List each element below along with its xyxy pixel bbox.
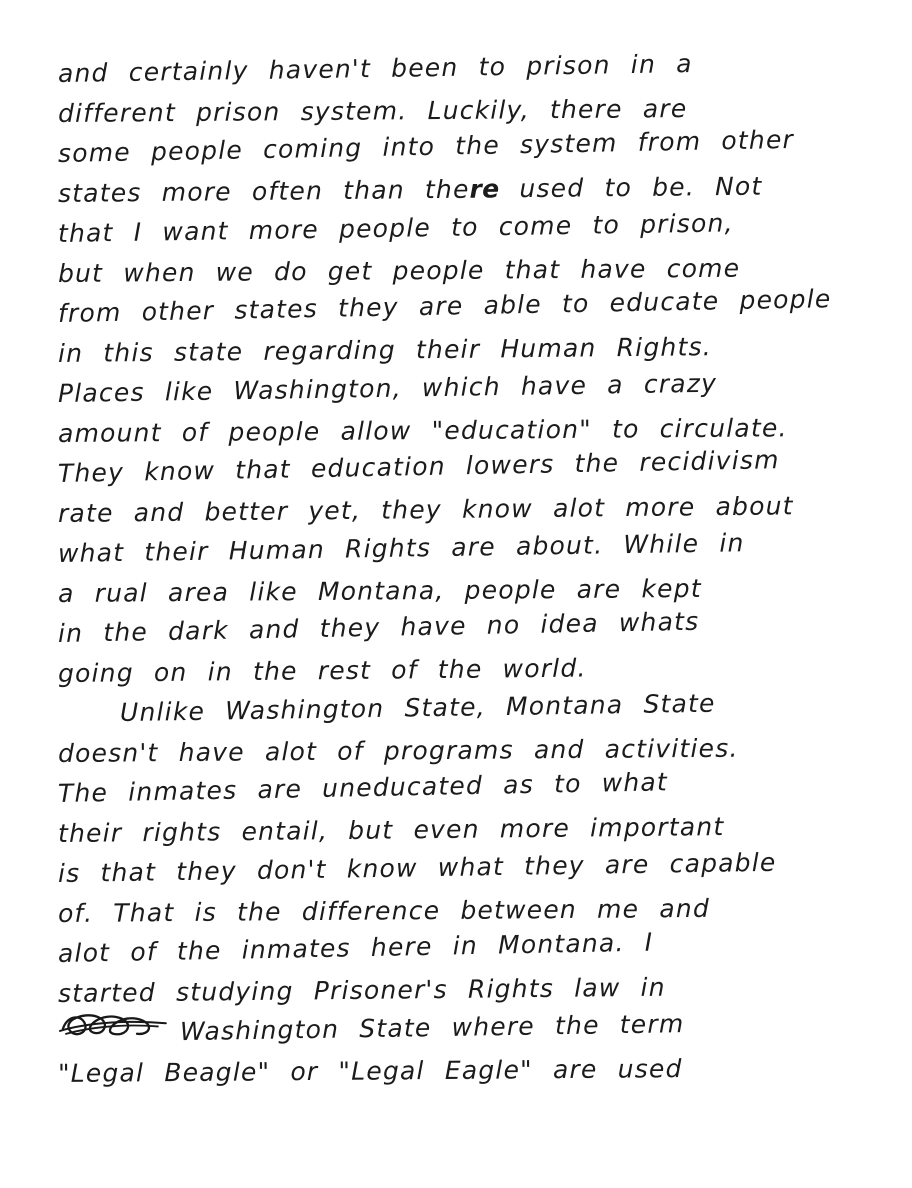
line-text: some people coming into the system from … xyxy=(58,125,795,168)
line-text: in the dark and they have no idea whats xyxy=(58,607,700,648)
line-text: and certainly haven't been to prison in … xyxy=(58,49,693,88)
line-text: rate and better yet, they know alot more… xyxy=(58,491,794,528)
line-text: states more often than the xyxy=(58,175,470,208)
line-text: that I want more people to come to priso… xyxy=(58,208,734,248)
handwriting-text-block: and certainly haven't been to prison in … xyxy=(58,54,878,1094)
handwritten-line: and certainly haven't been to prison in … xyxy=(58,41,879,94)
handwritten-document-page: and certainly haven't been to prison in … xyxy=(0,0,912,1188)
handwritten-line: "Legal Beagle" or "Legal Eagle" are used xyxy=(58,1048,878,1094)
line-text: Places like Washington, which have a cra… xyxy=(58,369,718,408)
line-text: alot of the inmates here in Montana. I xyxy=(58,928,654,968)
line-text: what their Human Rights are about. While… xyxy=(58,528,745,568)
line-text: going on in the rest of the world. xyxy=(58,653,587,688)
line-text: their rights entail, but even more impor… xyxy=(58,812,725,848)
crossout-scribble-icon xyxy=(58,1008,169,1054)
line-text: "Legal Beagle" or "Legal Eagle" are used xyxy=(58,1054,683,1088)
line-text: Washington State where the term xyxy=(180,1009,685,1046)
line-text: used to be. Not xyxy=(499,172,762,204)
line-text: started studying Prisoner's Rights law i… xyxy=(58,973,666,1008)
line-text: They know that education lowers the reci… xyxy=(58,445,780,488)
line-text: in this state regarding their Human Righ… xyxy=(58,332,712,368)
overwritten-letters: re xyxy=(469,174,499,203)
line-text: The inmates are uneducated as to what xyxy=(58,767,668,808)
line-text: is that they don't know what they are ca… xyxy=(58,848,777,888)
line-text: Unlike Washington State, Montana State xyxy=(120,689,716,727)
